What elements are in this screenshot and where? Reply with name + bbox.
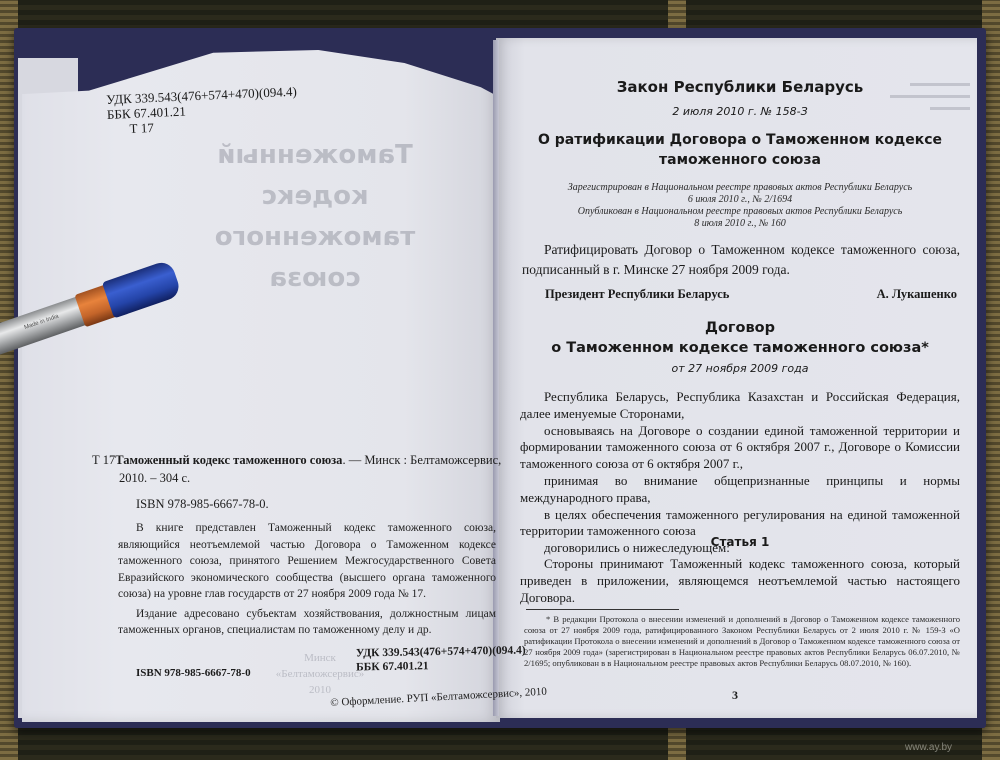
footnote-divider bbox=[526, 609, 679, 610]
signatory-name: А. Лукашенко bbox=[877, 287, 957, 302]
treaty-preamble: Республика Беларусь, Республика Казахста… bbox=[520, 389, 960, 557]
bbk-code-bottom: ББК 67.401.21 bbox=[356, 658, 526, 675]
page-number: 3 bbox=[720, 688, 750, 703]
show-through-cover-title: Таможенный кодекс таможенного союза bbox=[210, 135, 420, 299]
ratification-text: Ратифицировать Договор о Таможенном коде… bbox=[522, 240, 960, 280]
preamble-paragraph: основываясь на Договоре о создании едино… bbox=[520, 423, 960, 473]
record-title: Таможенный кодекс таможенного союза bbox=[115, 453, 342, 468]
classification-bottom: УДК 339.543(476+574+470)(094.4) ББК 67.4… bbox=[356, 644, 526, 675]
preamble-paragraph: Республика Беларусь, Республика Казахста… bbox=[520, 389, 960, 423]
article-title: Статья 1 bbox=[520, 535, 960, 549]
isbn-bottom: ISBN 978-985-6667-78-0 bbox=[136, 667, 251, 679]
watermark: www.ay.by bbox=[905, 742, 952, 753]
law-title: Закон Республики Беларусь bbox=[520, 78, 960, 96]
annotation-paragraph: В книге представлен Таможенный кодекс та… bbox=[118, 520, 496, 603]
udk-code-bottom: УДК 339.543(476+574+470)(094.4) bbox=[356, 644, 526, 661]
signature-line: Президент Республики Беларусь А. Лукашен… bbox=[545, 287, 957, 302]
bibliographic-record: Т 17 Таможенный кодекс таможенного союза… bbox=[92, 453, 500, 512]
article-text: Стороны принимают Таможенный кодекс тамо… bbox=[520, 556, 960, 606]
annotation-paragraph: Издание адресовано субъектам хозяйствова… bbox=[118, 606, 496, 639]
registration-info: Зарегистрирован в Национальном реестре п… bbox=[520, 182, 960, 230]
signatory-position: Президент Республики Беларусь bbox=[545, 287, 729, 302]
record-imprint: . — Минск : Белтаможсервис, bbox=[342, 453, 501, 468]
footnote: * В редакции Протокола о внесении измене… bbox=[524, 614, 960, 669]
book-annotation: В книге представлен Таможенный кодекс та… bbox=[118, 520, 496, 639]
record-isbn: ISBN 978-985-6667-78-0. bbox=[92, 497, 500, 512]
law-date: 2 июля 2010 г. № 158-З bbox=[520, 105, 960, 118]
law-subject: О ратификации Договора о Таможенном коде… bbox=[520, 130, 960, 170]
preamble-paragraph: принимая во внимание общепризнанные прин… bbox=[520, 473, 960, 507]
treaty-date: от 27 ноября 2009 года bbox=[520, 362, 960, 375]
treaty-title: Договор о Таможенном кодексе таможенного… bbox=[520, 318, 960, 358]
record-author-mark: Т 17 bbox=[92, 453, 115, 468]
classification-block: УДК 339.543(476+574+470)(094.4) ББК 67.4… bbox=[106, 84, 298, 137]
record-year-pages: 2010. – 304 с. bbox=[92, 471, 500, 486]
